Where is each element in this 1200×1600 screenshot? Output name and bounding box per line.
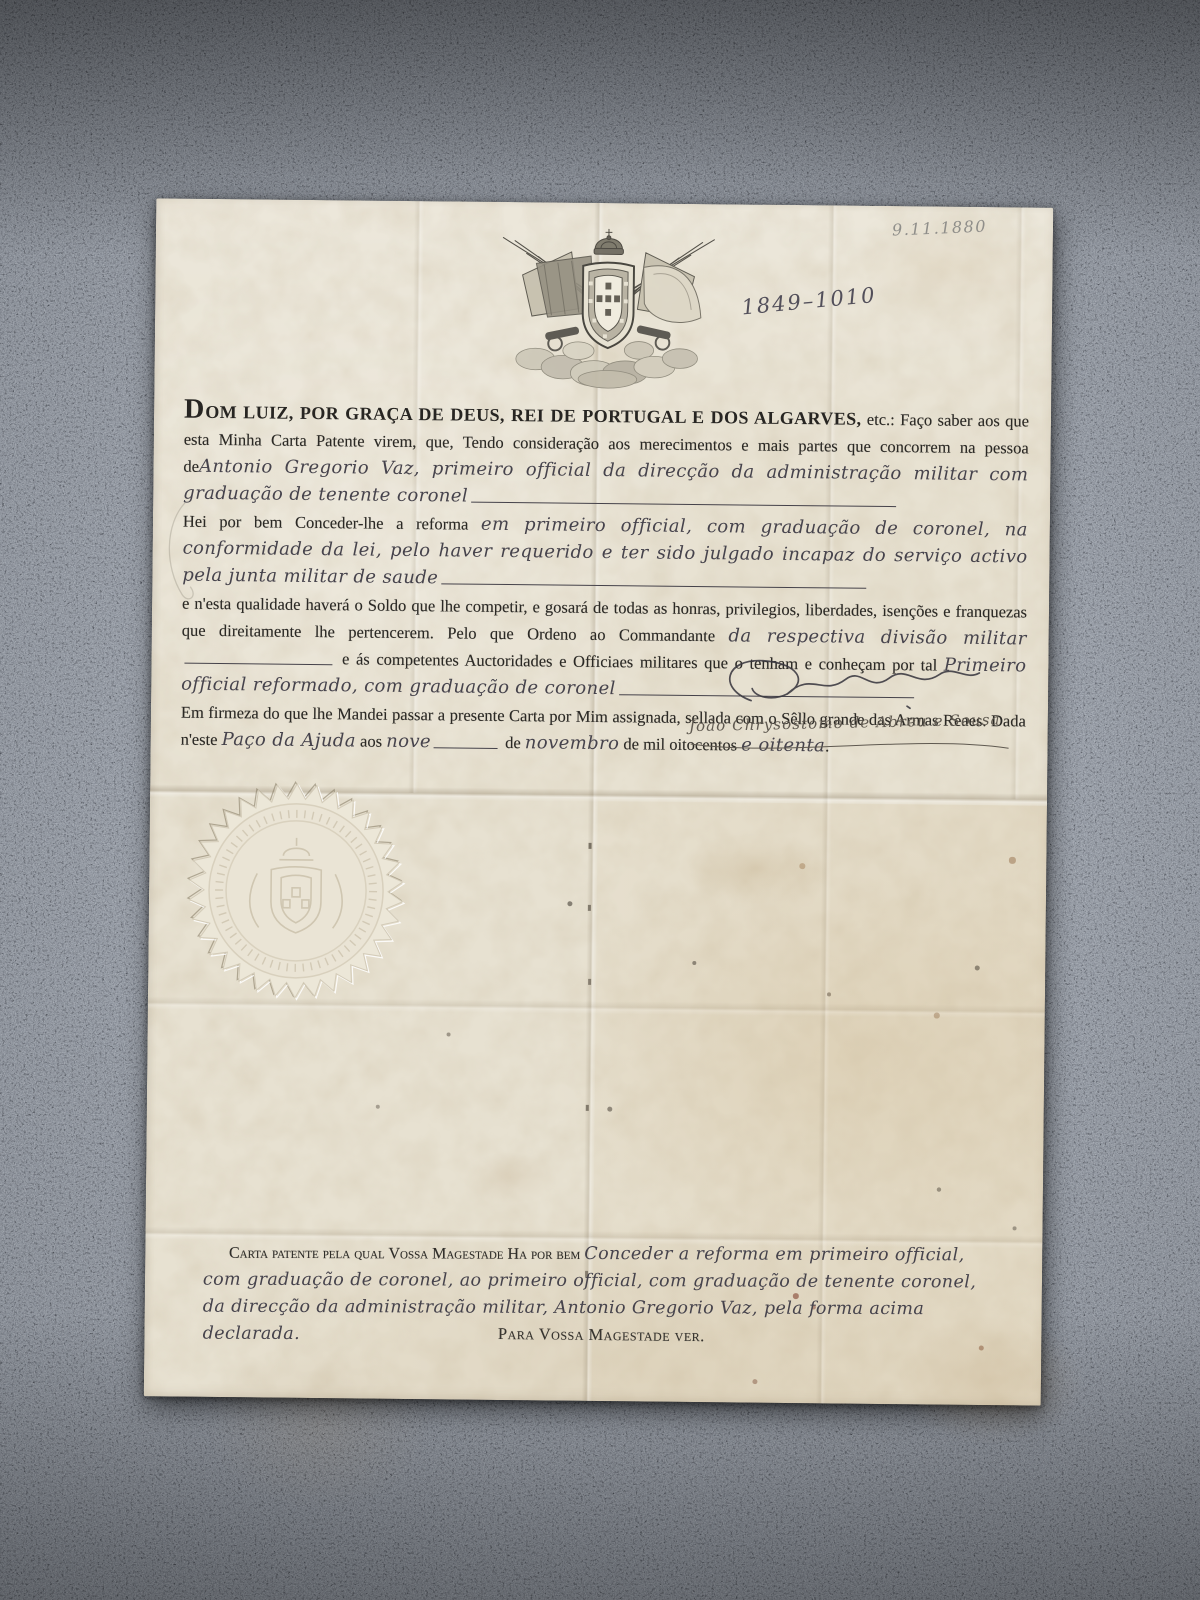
printed-text: aos bbox=[356, 731, 386, 750]
signature-flourish-line bbox=[685, 732, 1015, 757]
fill-in-blank-rule bbox=[471, 489, 896, 507]
royal-coat-of-arms-icon bbox=[492, 222, 724, 390]
printed-text: D bbox=[184, 394, 206, 425]
handwritten-text: da respectiva divisão militar bbox=[728, 625, 1026, 649]
pencil-date-annotation: 9.11.1880 bbox=[892, 217, 988, 240]
printed-text: Hei por bem Conceder-lhe a reforma bbox=[183, 512, 481, 534]
fill-in-blank-rule bbox=[434, 734, 498, 749]
printed-text: Carta patente pela qual Vossa Magestade … bbox=[229, 1245, 584, 1263]
handwritten-text: Paço da Ajuda bbox=[222, 729, 356, 751]
document-paragraph: Hei por bem Conceder-lhe a reforma em pr… bbox=[182, 508, 1028, 598]
handwritten-text: novembro bbox=[525, 732, 620, 754]
handwritten-text: nove bbox=[386, 731, 431, 752]
printed-text: OM LUIZ, POR GRAÇA DE DEUS, REI DE PORTU… bbox=[205, 402, 861, 429]
fill-in-blank-rule bbox=[441, 570, 866, 588]
fill-in-blank-rule bbox=[184, 650, 332, 666]
fox-spots bbox=[156, 198, 158, 200]
fold-stitch-marks bbox=[589, 843, 592, 849]
paper-document: 9.11.1880 1849–1010 bbox=[144, 198, 1053, 1405]
embossed-seal bbox=[182, 777, 410, 1005]
printed-text: de bbox=[501, 733, 525, 752]
document-paragraph: DOM LUIZ, POR GRAÇA DE DEUS, REI DE PORT… bbox=[183, 396, 1029, 516]
